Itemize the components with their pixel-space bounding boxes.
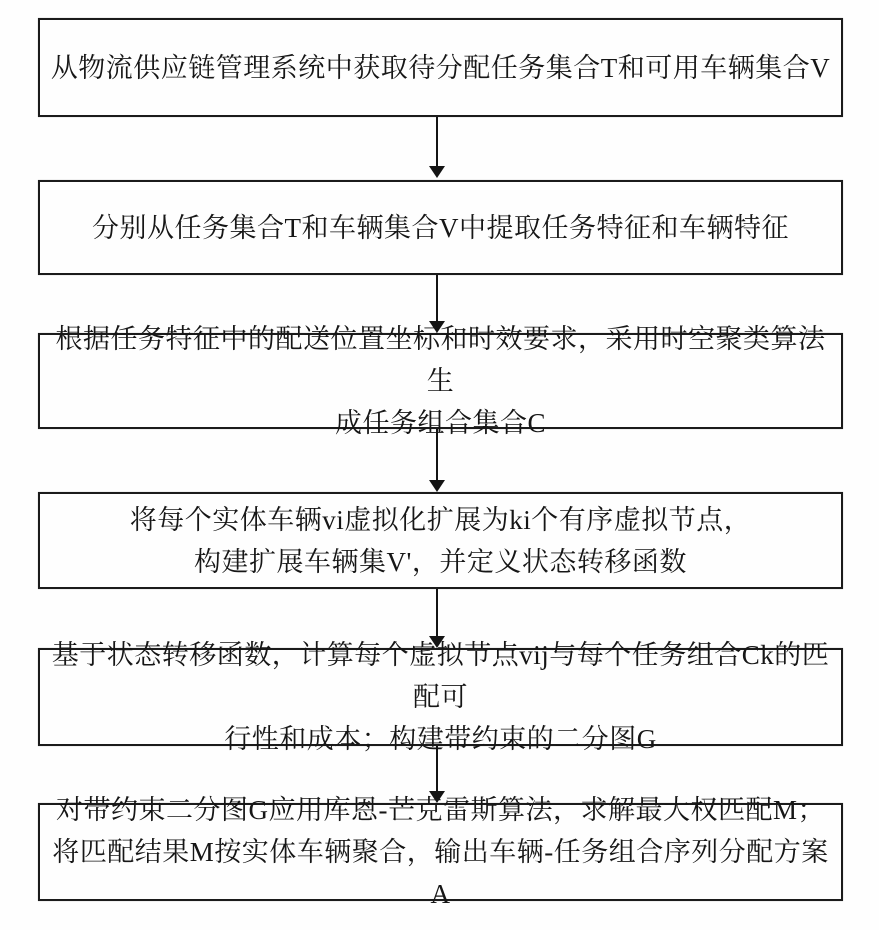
arrow-shaft bbox=[436, 275, 438, 322]
flow-step-2-label: 分别从任务集合T和车辆集合V中提取任务特征和车辆特征 bbox=[84, 207, 797, 249]
flow-step-5: 基于状态转移函数，计算每个虚拟节点vij与每个任务组合Ck的匹配可 行性和成本；… bbox=[38, 648, 843, 746]
flow-step-3: 根据任务特征中的配送位置坐标和时效要求，采用时空聚类算法生 成任务组合集合C bbox=[38, 333, 843, 429]
flow-step-6-label: 对带约束二分图G应用库恩-芒克雷斯算法，求解最大权匹配M； 将匹配结果M按实体车… bbox=[40, 789, 841, 915]
flow-step-1-label: 从物流供应链管理系统中获取待分配任务集合T和可用车辆集合V bbox=[43, 47, 839, 89]
arrow-down-icon bbox=[429, 480, 445, 492]
flow-step-3-label: 根据任务特征中的配送位置坐标和时效要求，采用时空聚类算法生 成任务组合集合C bbox=[40, 318, 841, 444]
arrow-down-icon bbox=[429, 166, 445, 178]
flow-step-6: 对带约束二分图G应用库恩-芒克雷斯算法，求解最大权匹配M； 将匹配结果M按实体车… bbox=[38, 803, 843, 901]
arrow-shaft bbox=[436, 589, 438, 637]
flow-arrow-3-4 bbox=[429, 429, 445, 492]
flow-step-4: 将每个实体车辆vi虚拟化扩展为ki个有序虚拟节点， 构建扩展车辆集V'，并定义状… bbox=[38, 492, 843, 589]
arrow-shaft bbox=[436, 429, 438, 481]
flow-step-1: 从物流供应链管理系统中获取待分配任务集合T和可用车辆集合V bbox=[38, 18, 843, 117]
flow-step-4-label: 将每个实体车辆vi虚拟化扩展为ki个有序虚拟节点， 构建扩展车辆集V'，并定义状… bbox=[122, 499, 760, 583]
flow-arrow-1-2 bbox=[429, 117, 445, 178]
flowchart-canvas: 从物流供应链管理系统中获取待分配任务集合T和可用车辆集合V 分别从任务集合T和车… bbox=[0, 0, 879, 930]
flow-step-2: 分别从任务集合T和车辆集合V中提取任务特征和车辆特征 bbox=[38, 180, 843, 275]
arrow-shaft bbox=[436, 746, 438, 792]
flow-step-5-label: 基于状态转移函数，计算每个虚拟节点vij与每个任务组合Ck的匹配可 行性和成本；… bbox=[40, 634, 841, 760]
arrow-shaft bbox=[436, 117, 438, 167]
